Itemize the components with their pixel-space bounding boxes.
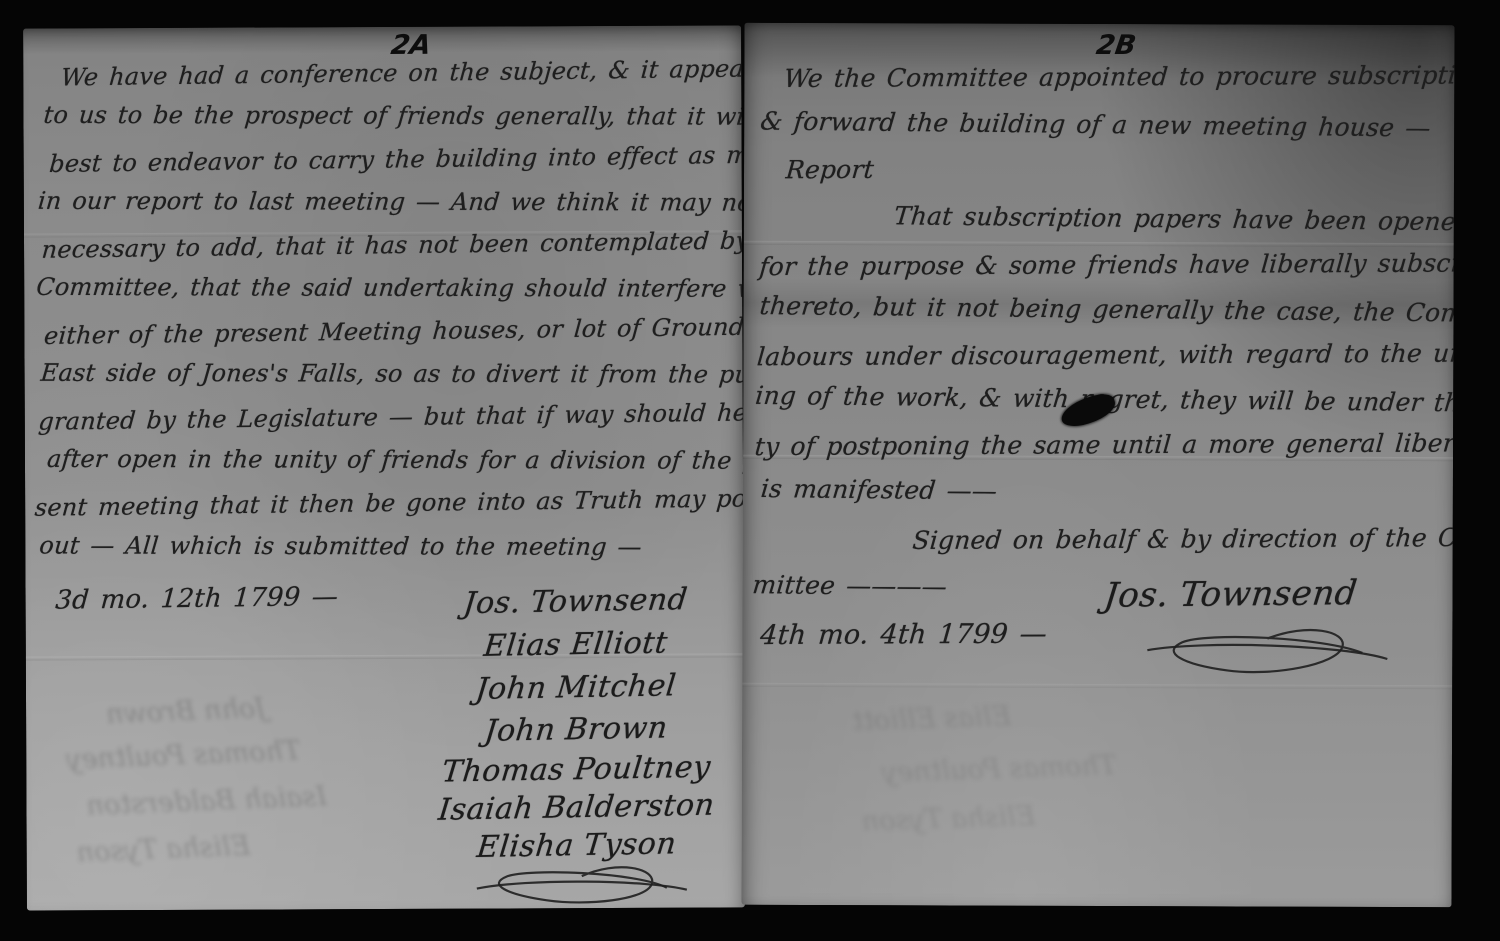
signature: Jos. Townsend bbox=[1102, 573, 1359, 616]
manuscript-line: Committee, that the said undertaking sho… bbox=[35, 273, 745, 303]
shadow-band bbox=[23, 25, 741, 54]
signature: John Brown bbox=[424, 709, 728, 750]
signature: John Mitchel bbox=[424, 667, 728, 708]
manuscript-line: East side of Jones's Falls, so as to div… bbox=[40, 359, 745, 389]
page-label-2b: 2B bbox=[1094, 30, 1138, 61]
bleedthrough-text: Isaiah Balderston bbox=[86, 781, 327, 821]
signature: Isaiah Balderston bbox=[424, 787, 728, 828]
manuscript-line: for the purpose & some friends have libe… bbox=[758, 248, 1454, 281]
signature: Elias Elliott bbox=[424, 624, 728, 665]
manuscript-line: That subscription papers have been opene… bbox=[893, 201, 1455, 236]
manuscript-line: is manifested —— bbox=[760, 474, 999, 505]
manuscript-line: sent meeting that it then be gone into a… bbox=[34, 484, 745, 522]
manuscript-line: after open in the unity of friends for a… bbox=[46, 445, 745, 475]
manuscript-line: in our report to last meeting — And we t… bbox=[37, 187, 745, 217]
manuscript-line: out — All which is submitted to the meet… bbox=[38, 531, 643, 561]
manuscript-line: best to endeavor to carry the building i… bbox=[48, 139, 745, 178]
manuscript-line: thereto, but it not being generally the … bbox=[758, 291, 1454, 328]
date-line: 4th mo. 4th 1799 — bbox=[759, 619, 1048, 651]
manuscript-line: We have had a conference on the subject,… bbox=[60, 54, 745, 91]
manuscript-line: either of the present Meeting houses, or… bbox=[43, 312, 745, 350]
manuscript-line: to us to be the prospect of friends gene… bbox=[42, 101, 744, 131]
closing-signed-line: Signed on behalf & by direction of the C… bbox=[911, 523, 1454, 555]
manuscript-page-2a: 2A We have had a conference on the subje… bbox=[23, 25, 745, 910]
paper-crease bbox=[744, 241, 1454, 247]
date-line: 3d mo. 12th 1799 — bbox=[54, 582, 339, 616]
manuscript-line: necessary to add, that it has not been c… bbox=[41, 226, 745, 264]
bleedthrough-text: Elisha Tyson bbox=[76, 831, 251, 869]
page-label-2a: 2A bbox=[389, 30, 433, 61]
manuscript-line: We the Committee appointed to procure su… bbox=[783, 60, 1455, 93]
closing-mittee-line: mittee ———— bbox=[751, 570, 948, 601]
signature: Elisha Tyson bbox=[425, 825, 729, 866]
bleedthrough-text: Thomas Poultney bbox=[66, 735, 302, 775]
signature-flourish bbox=[1132, 620, 1402, 691]
signature: Jos. Townsend bbox=[424, 581, 728, 622]
signature: Thomas Poultney bbox=[424, 749, 728, 790]
manuscript-line: granted by the Legislature — but that if… bbox=[37, 398, 744, 436]
manuscript-line: & forward the building of a new meeting … bbox=[759, 106, 1432, 142]
bleedthrough-text: Elisha Tyson bbox=[861, 801, 1036, 837]
paper-crease bbox=[742, 683, 1452, 689]
bleedthrough-text: John Brown bbox=[106, 693, 267, 730]
manuscript-line: labours under discouragement, with regar… bbox=[756, 338, 1455, 371]
manuscript-page-2b: 2B We the Committee appointed to procure… bbox=[741, 23, 1454, 907]
manuscript-line: ty of postponing the same until a more g… bbox=[754, 428, 1455, 461]
bleedthrough-text: Elias Elliott bbox=[852, 701, 1012, 737]
manuscript-line: Report bbox=[785, 155, 875, 184]
scanned-document: 2A We have had a conference on the subje… bbox=[0, 0, 1500, 941]
bleedthrough-text: Thomas Poultney bbox=[882, 750, 1117, 788]
